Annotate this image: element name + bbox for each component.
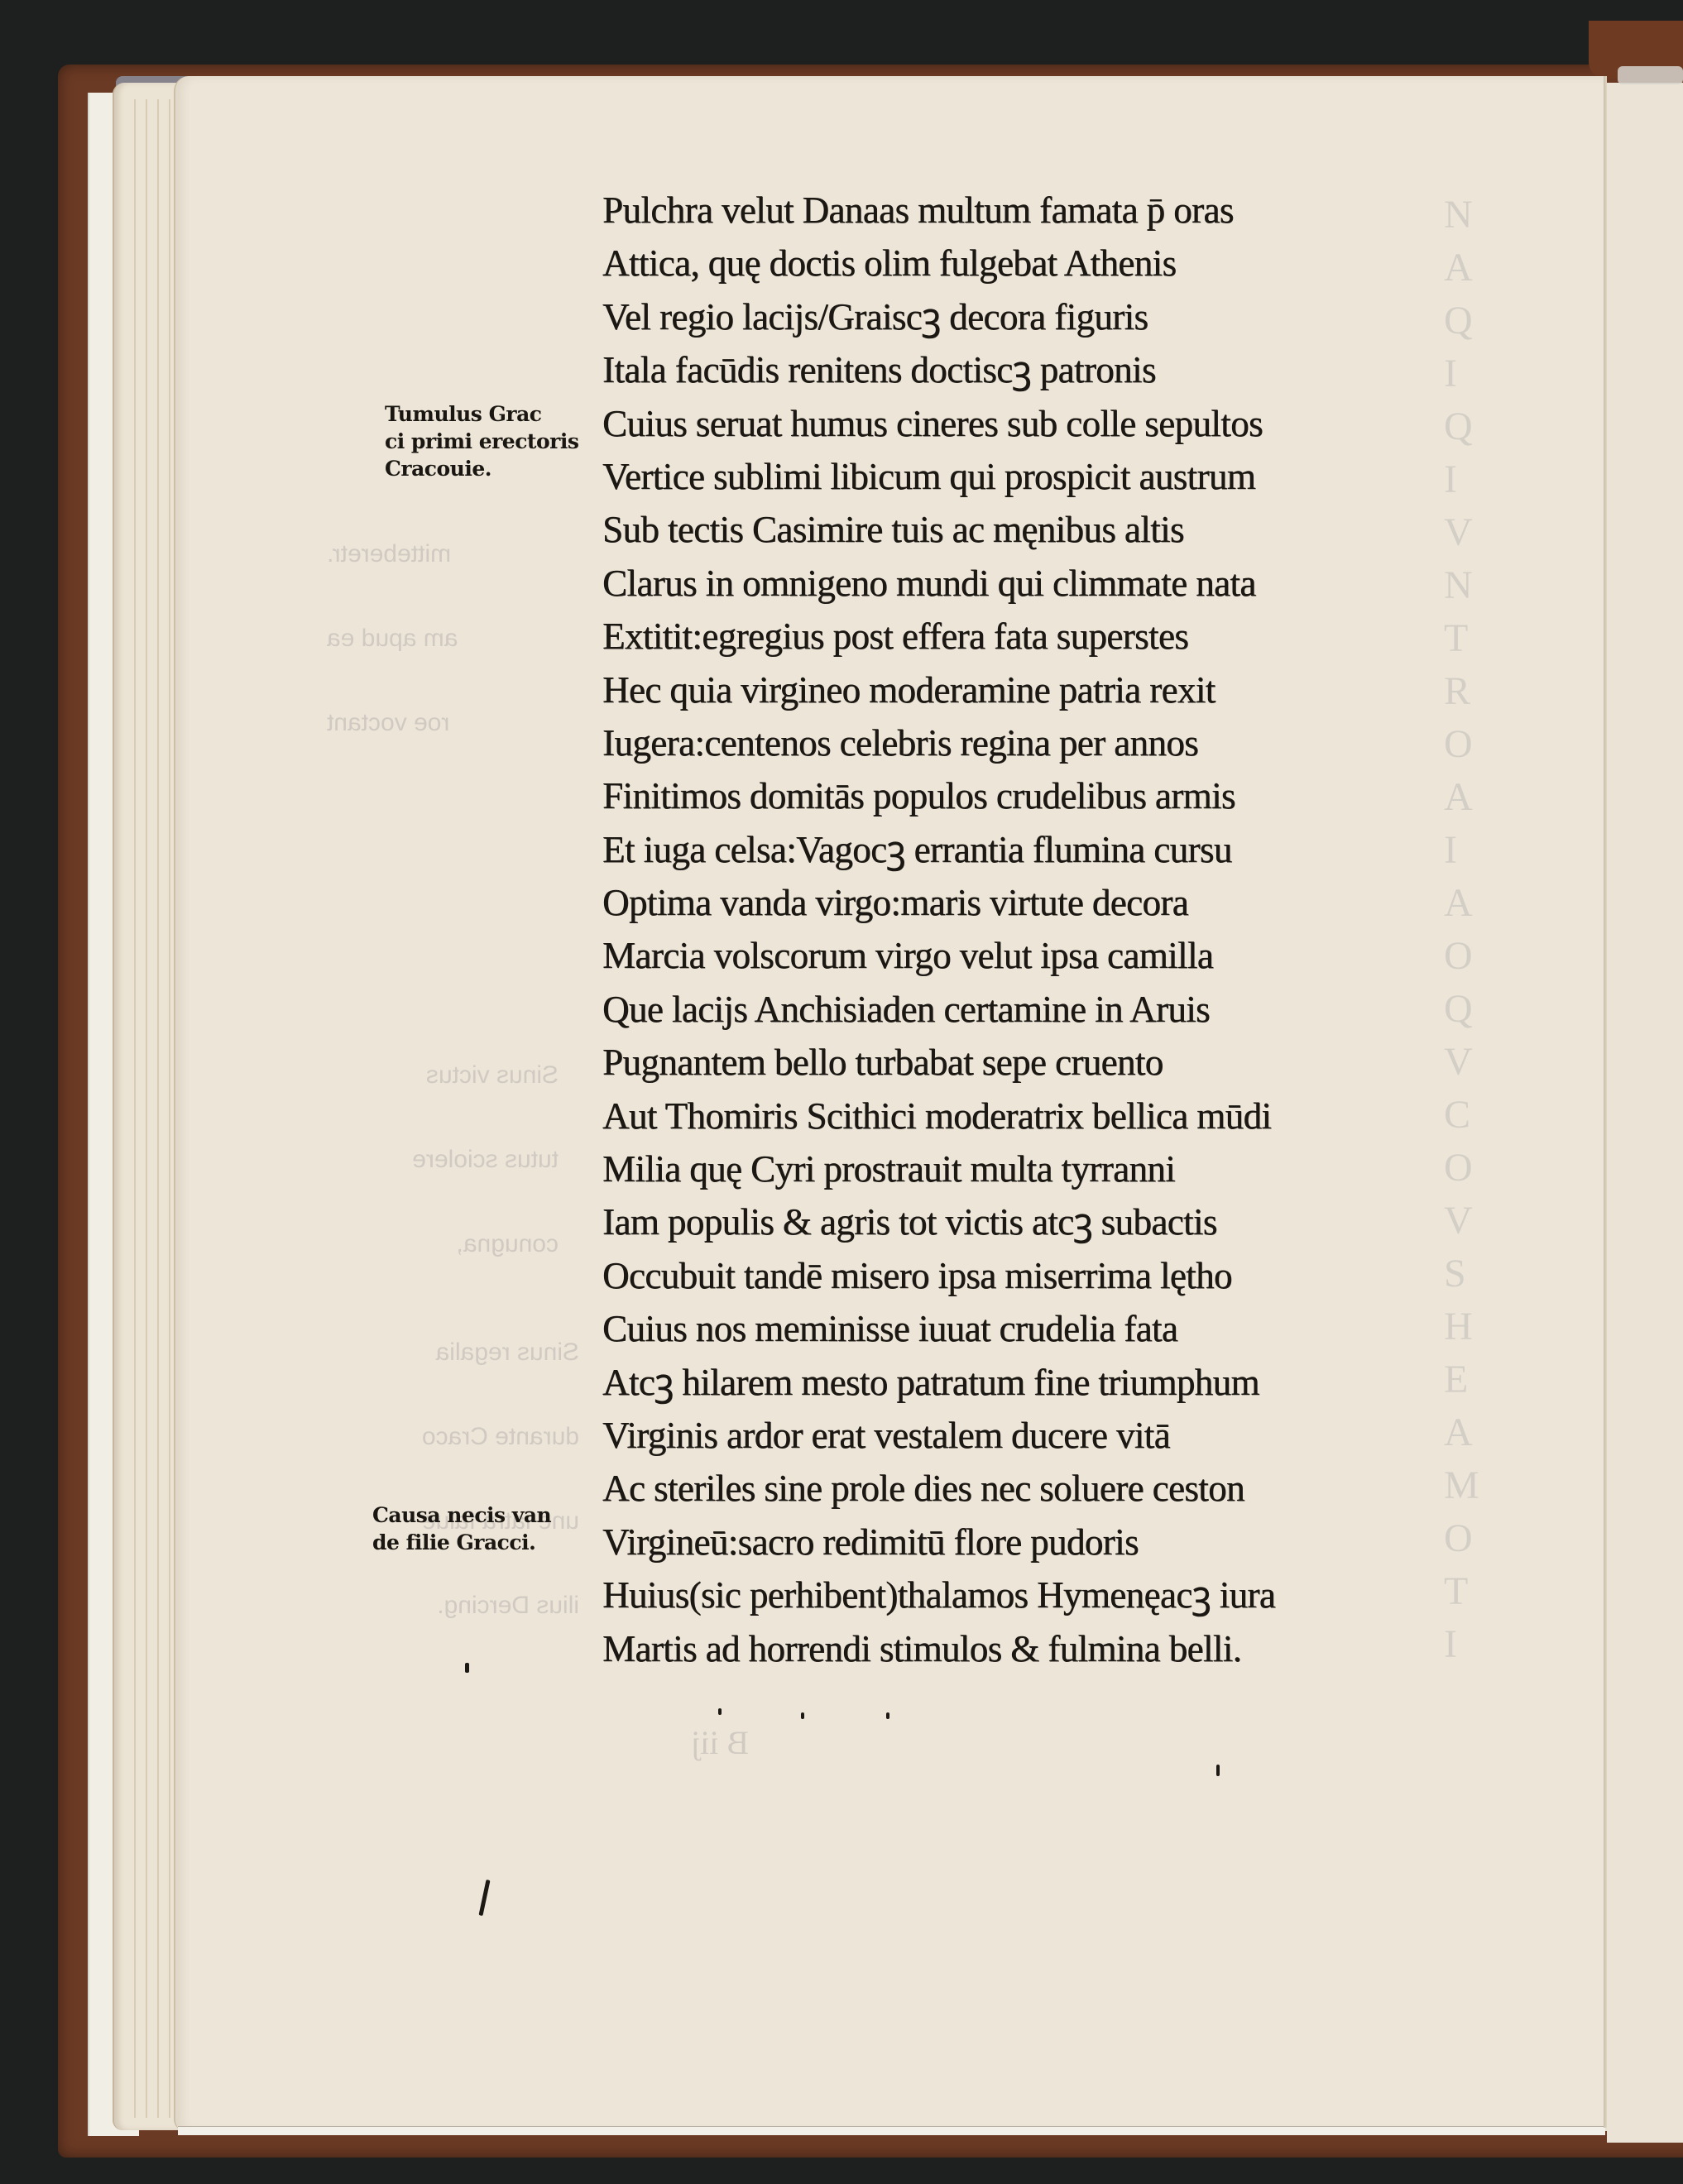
show-through-line: ilius Dercing. — [356, 1592, 579, 1620]
marginal-note-line: Tumulus Grac — [385, 400, 578, 428]
marginal-note-causa: Causa necis van de filie Gracci. — [372, 1501, 551, 1556]
verse-line: Marcia volscorum virgo velut ipsa camill… — [602, 929, 1430, 982]
verse-line: Iam populis & agris tot victis atcꝫ suba… — [602, 1195, 1430, 1248]
show-through-margin-mid: Sinus victus tutus sciolere conugna, — [327, 1005, 559, 1286]
marginal-note-line: Causa necis van — [372, 1501, 551, 1529]
verse-line: Itala facūdis renitens doctiscꝫ patronis — [602, 343, 1430, 396]
show-through-line: tutus sciolere — [327, 1146, 559, 1174]
verse-line: Martis ad horrendi stimulos & fulmina be… — [602, 1622, 1430, 1675]
verse-line: Cuius nos meminisse iuuat crudelia fata — [602, 1302, 1430, 1355]
verse-line: Sub tectis Casimire tuis ac męnibus alti… — [602, 503, 1430, 556]
show-through-line: am apud ea — [327, 625, 559, 653]
show-through-signature: B iij — [691, 1717, 749, 1770]
show-through-line: mitteberetr. — [327, 540, 559, 568]
verse-line: Que lacijs Anchisiaden certamine in Arui… — [602, 983, 1430, 1036]
verse-line: Finitimos domitās populos crudelibus arm… — [602, 769, 1430, 822]
verse-line: Virgineū:sacro redimitū flore pudoris — [602, 1516, 1430, 1569]
verse-line: Pugnantem bello turbabat sepe cruento — [602, 1036, 1430, 1089]
ink-mark — [886, 1712, 889, 1719]
show-through-line: Sinus regalia — [356, 1339, 579, 1367]
ink-mark — [718, 1708, 722, 1715]
verse-line: Virginis ardor erat vestalem ducere vitā — [602, 1409, 1430, 1462]
page-bottom-edge — [178, 2126, 1605, 2135]
verse-line: Huius(sic perhibent)thalamos Hymenęacꝫ i… — [602, 1569, 1430, 1621]
verse-line: Hec quia virgineo moderamine patria rexi… — [602, 663, 1430, 716]
verse-line: Et iuga celsa:Vagocꝫ errantia flumina cu… — [602, 823, 1430, 876]
verse-text-block: Pulchra velut Danaas multum famata p̄ or… — [602, 184, 1430, 1675]
verse-line: Attica, quę doctis olim fulgebat Athenis — [602, 237, 1430, 290]
headband — [1618, 66, 1683, 84]
recto-page-edge — [1607, 83, 1683, 2143]
verse-line: Iugera:centenos celebris regina per anno… — [602, 716, 1430, 769]
marginal-note-line: Cracouie. — [385, 455, 578, 482]
marginal-note-line: ci primi erectoris — [385, 428, 578, 455]
show-through-margin-top: mitteberetr. am apud ea roe voctant — [327, 484, 559, 765]
verse-line: Occubuit tandē misero ipsa miserrima lęt… — [602, 1249, 1430, 1302]
verse-line: Vertice sublimi libicum qui prospicit au… — [602, 450, 1430, 503]
verse-line: Milia quę Cyri prostrauit multa tyrranni — [602, 1142, 1430, 1195]
verse-line: Optima vanda virgo:maris virtute decora — [602, 876, 1430, 929]
show-through-line: conugna, — [327, 1230, 559, 1258]
show-through-right-initials: N A Q I Q I V N T R O A I A O Q V C O V … — [1444, 189, 1593, 1671]
show-through-margin-low: Sinus regalia durante Craco une iatra fa… — [356, 1282, 579, 1648]
verse-line: Vel regio lacijs/Graiscꝫ decora figuris — [602, 290, 1430, 343]
verse-line: Atcꝫ hilarem mesto patratum fine triumph… — [602, 1356, 1430, 1409]
verse-line: Pulchra velut Danaas multum famata p̄ or… — [602, 184, 1430, 237]
verse-line: Aut Thomiris Scithici moderatrix bellica… — [602, 1090, 1430, 1142]
ink-mark — [465, 1663, 469, 1673]
show-through-line: durante Craco — [356, 1423, 579, 1451]
marginal-note-line: de filie Gracci. — [372, 1529, 551, 1556]
ink-mark — [801, 1712, 804, 1719]
show-through-line: Sinus victus — [327, 1061, 559, 1090]
verse-line: Ac steriles sine prole dies nec soluere … — [602, 1462, 1430, 1515]
ink-mark — [1216, 1765, 1220, 1776]
marginal-note-tumulus: Tumulus Grac ci primi erectoris Cracouie… — [385, 400, 578, 482]
verse-line: Cuius seruat humus cineres sub colle sep… — [602, 397, 1430, 450]
verse-line: Clarus in omnigeno mundi qui climmate na… — [602, 557, 1430, 610]
verse-line: Extitit:egregius post effera fata supers… — [602, 610, 1430, 663]
show-through-line: roe voctant — [327, 709, 559, 737]
